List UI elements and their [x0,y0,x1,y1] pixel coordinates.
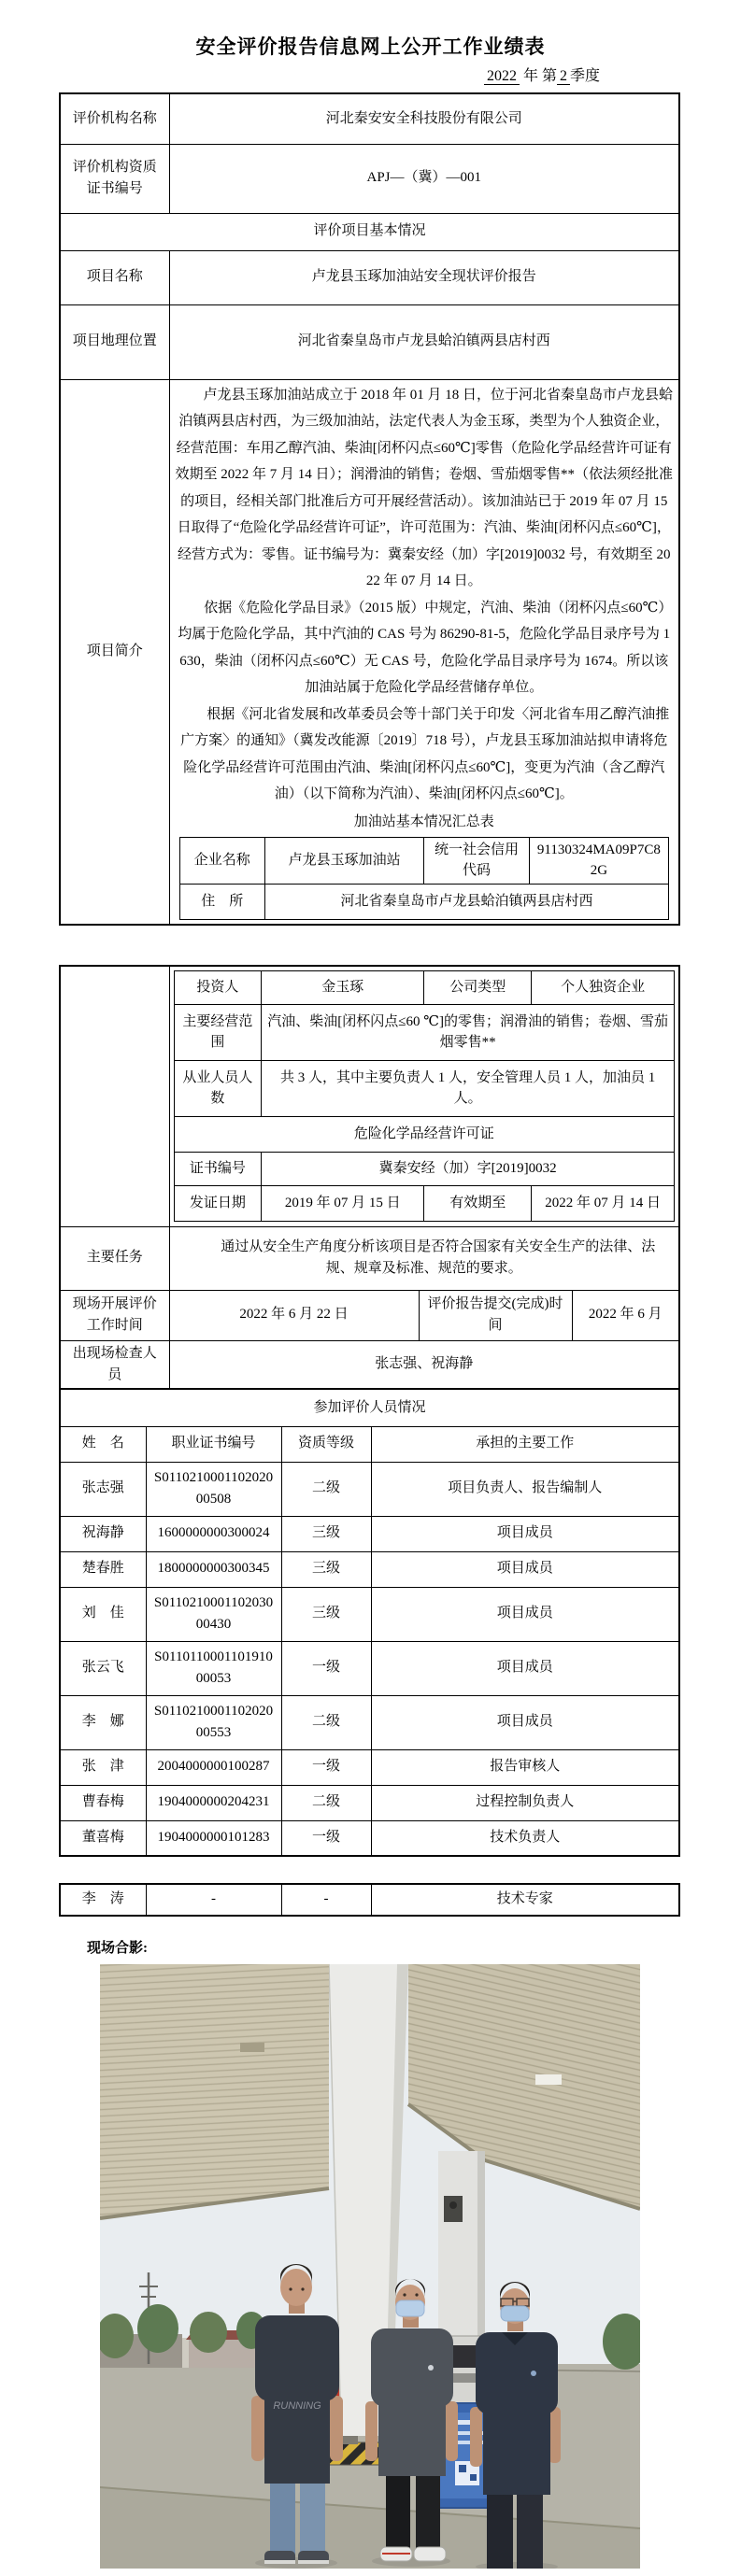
scope-value: 汽油、柴油[闭杯闪点≤60 ℃]的零售；润滑油的销售；卷烟、雪茄烟零售** [262,1004,675,1060]
agency-cert-value: APJ—（冀）—001 [169,144,679,213]
investor-value: 金玉琢 [262,970,424,1004]
personnel-cell: 1800000000300345 [146,1551,281,1587]
project-location-label: 项目地理位置 [60,304,169,379]
personnel-cell: 张 津 [60,1749,146,1785]
personnel-cell: 项目成员 [371,1516,679,1551]
project-name-value: 卢龙县玉琢加油站安全现状评价报告 [169,250,679,304]
personnel-table: 参加评价人员情况 姓 名 职业证书编号 资质等级 承担的主要工作 张志强S011… [59,1388,680,1857]
scope-label: 主要经营范围 [174,1004,262,1060]
company-value: 卢龙县玉琢加油站 [265,837,424,884]
personnel-cell: 1904000000204231 [146,1785,281,1820]
personnel-row: 张云飞S011011000110191000053一级项目成员 [60,1641,679,1695]
task-value: 通过从安全生产角度分析该项目是否符合国家有关安全生产的法律、法规、规章及标准、规… [169,1226,679,1290]
personnel-cell: S011021000110202000508 [146,1462,281,1516]
personnel-cell: 李 娜 [60,1695,146,1749]
period-quarter: 2 [557,68,570,85]
personnel-row: 张志强S011021000110202000508二级项目负责人、报告编制人 [60,1462,679,1516]
personnel-cell: 项目成员 [371,1695,679,1749]
personnel-section-title: 参加评价人员情况 [60,1389,679,1426]
staff-label: 从业人员人数 [174,1060,262,1116]
personnel-cell: 二级 [281,1695,371,1749]
period-year-suffix: 年 第 [523,68,557,84]
expert-name: 李 涛 [60,1884,146,1916]
address-value: 河北省秦皇岛市卢龙县蛤泊镇两县店村西 [265,884,669,919]
page-title: 安全评价报告信息网上公开工作业绩表 [59,32,682,60]
site-group-photo: RUNNING [100,1964,640,2569]
personnel-cell: 一级 [281,1749,371,1785]
personnel-cell: S011011000110191000053 [146,1641,281,1695]
personnel-row: 李 娜S011021000110202000553二级项目成员 [60,1695,679,1749]
uscc-label: 统一社会信用代码 [424,837,530,884]
personnel-header-level: 资质等级 [281,1426,371,1462]
photo-label: 现场合影: [87,1937,682,1957]
personnel-header-name: 姓 名 [60,1426,146,1462]
expert-table: 李 涛 - - 技术专家 [59,1883,680,1917]
period-year: 2022 [484,68,520,85]
personnel-cell: 董喜梅 [60,1820,146,1856]
personnel-header-cert: 职业证书编号 [146,1426,281,1462]
intro-continued-cell: 投资人 金玉琢 公司类型 个人独资企业 主要经营范围 汽油、柴油[闭杯闪点≤60… [169,966,679,1227]
company-type-value: 个人独资企业 [532,970,675,1004]
issue-date-value: 2019 年 07 月 15 日 [262,1185,424,1221]
personnel-cell: 一级 [281,1820,371,1856]
personnel-cell: 项目成员 [371,1587,679,1641]
personnel-cell: 楚春胜 [60,1551,146,1587]
project-name-label: 项目名称 [60,250,169,304]
svg-text:RUNNING: RUNNING [273,2400,321,2412]
personnel-cell: S011021000110203000430 [146,1587,281,1641]
intro-paragraph-2: 依据《危险化学品目录》（2015 版）中规定，汽油、柴油（闭杯闪点≤60℃）均属… [176,595,674,701]
agency-project-table: 评价机构名称 河北秦安安全科技股份有限公司 评价机构资质证书编号 APJ—（冀）… [59,92,680,926]
personnel-cell: 项目负责人、报告编制人 [371,1462,679,1516]
expert-gap [59,1857,682,1883]
personnel-cell: 技术负责人 [371,1820,679,1856]
project-intro-cell: 卢龙县玉琢加油站成立于 2018 年 01 月 18 日，位于河北省秦皇岛市卢龙… [169,379,679,925]
personnel-cell: 刘 佳 [60,1587,146,1641]
personnel-cell: 过程控制负责人 [371,1785,679,1820]
personnel-cell: 项目成员 [371,1641,679,1695]
onsite-time-value: 2022 年 6 月 22 日 [169,1290,419,1340]
expert-cert: - [146,1884,281,1916]
personnel-row: 刘 佳S011021000110203000430三级项目成员 [60,1587,679,1641]
personnel-cell: 1600000000300024 [146,1516,281,1551]
agency-cert-label: 评价机构资质证书编号 [60,144,169,213]
personnel-row: 张 津2004000000100287一级报告审核人 [60,1749,679,1785]
personnel-cell: 三级 [281,1587,371,1641]
agency-name-label: 评价机构名称 [60,93,169,144]
period-quarter-suffix: 季度 [570,68,600,84]
project-intro-label: 项目简介 [60,379,169,925]
issue-date-label: 发证日期 [174,1185,262,1221]
personnel-row: 董喜梅1904000000101283一级技术负责人 [60,1820,679,1856]
license-no-label: 证书编号 [174,1152,262,1185]
summary-table-caption: 加油站基本情况汇总表 [176,808,674,836]
intro-continued-label-spacer [60,966,169,1227]
personnel-header-work: 承担的主要工作 [371,1426,679,1462]
personnel-cell: 二级 [281,1785,371,1820]
license-no-value: 冀秦安经（加）字[2019]0032 [262,1152,675,1185]
personnel-cell: 张志强 [60,1462,146,1516]
task-label: 主要任务 [60,1226,169,1290]
project-section-title: 评价项目基本情况 [60,213,679,250]
intro-paragraph-3: 根据《河北省发展和改革委员会等十部门关于印发〈河北省车用乙醇汽油推广方案〉的通知… [176,701,674,808]
personnel-cell: 三级 [281,1551,371,1587]
personnel-row: 祝海静1600000000300024三级项目成员 [60,1516,679,1551]
agency-name-value: 河北秦安安全科技股份有限公司 [169,93,679,144]
uscc-value: 91130324MA09P7C82G [529,837,668,884]
personnel-table-body: 张志强S011021000110202000508二级项目负责人、报告编制人祝海… [60,1462,679,1856]
report-time-label: 评价报告提交(完成)时间 [419,1290,572,1340]
inspectors-value: 张志强、祝海静 [169,1340,679,1389]
onsite-time-label: 现场开展评价工作时间 [60,1290,169,1340]
valid-until-label: 有效期至 [424,1185,532,1221]
station-summary-table-part2: 投资人 金玉琢 公司类型 个人独资企业 主要经营范围 汽油、柴油[闭杯闪点≤60… [174,970,676,1222]
page-break-gap [59,926,682,965]
address-label: 住 所 [179,884,265,919]
personnel-cell: 三级 [281,1516,371,1551]
project-location-value: 河北省秦皇岛市卢龙县蛤泊镇两县店村西 [169,304,679,379]
company-type-label: 公司类型 [424,970,532,1004]
inspectors-label: 出现场检查人员 [60,1340,169,1389]
valid-until-value: 2022 年 07 月 14 日 [532,1185,675,1221]
personnel-cell: 祝海静 [60,1516,146,1551]
expert-work: 技术专家 [371,1884,679,1916]
staff-value: 共 3 人，其中主要负责人 1 人，安全管理人员 1 人，加油员 1 人。 [262,1060,675,1116]
intro-paragraph-1: 卢龙县玉琢加油站成立于 2018 年 01 月 18 日，位于河北省秦皇岛市卢龙… [176,382,674,595]
personnel-cell: 报告审核人 [371,1749,679,1785]
personnel-cell: 曹春梅 [60,1785,146,1820]
personnel-row: 楚春胜1800000000300345三级项目成员 [60,1551,679,1587]
document-page: 安全评价报告信息网上公开工作业绩表 2022 年 第2季度 评价机构名称 河北秦… [0,0,741,2576]
personnel-cell: 一级 [281,1641,371,1695]
personnel-cell: 1904000000101283 [146,1820,281,1856]
personnel-cell: S011021000110202000553 [146,1695,281,1749]
personnel-row: 曹春梅1904000000204231二级过程控制负责人 [60,1785,679,1820]
personnel-cell: 2004000000100287 [146,1749,281,1785]
license-section-title: 危险化学品经营许可证 [174,1116,675,1152]
project-detail-table: 投资人 金玉琢 公司类型 个人独资企业 主要经营范围 汽油、柴油[闭杯闪点≤60… [59,965,680,1391]
company-label: 企业名称 [179,837,265,884]
period-line: 2022 年 第2季度 [59,64,682,85]
personnel-cell: 张云飞 [60,1641,146,1695]
investor-label: 投资人 [174,970,262,1004]
personnel-cell: 二级 [281,1462,371,1516]
expert-level: - [281,1884,371,1916]
personnel-cell: 项目成员 [371,1551,679,1587]
station-summary-table-part1: 企业名称 卢龙县玉琢加油站 统一社会信用代码 91130324MA09P7C82… [179,837,670,920]
report-time-value: 2022 年 6 月 [572,1290,679,1340]
